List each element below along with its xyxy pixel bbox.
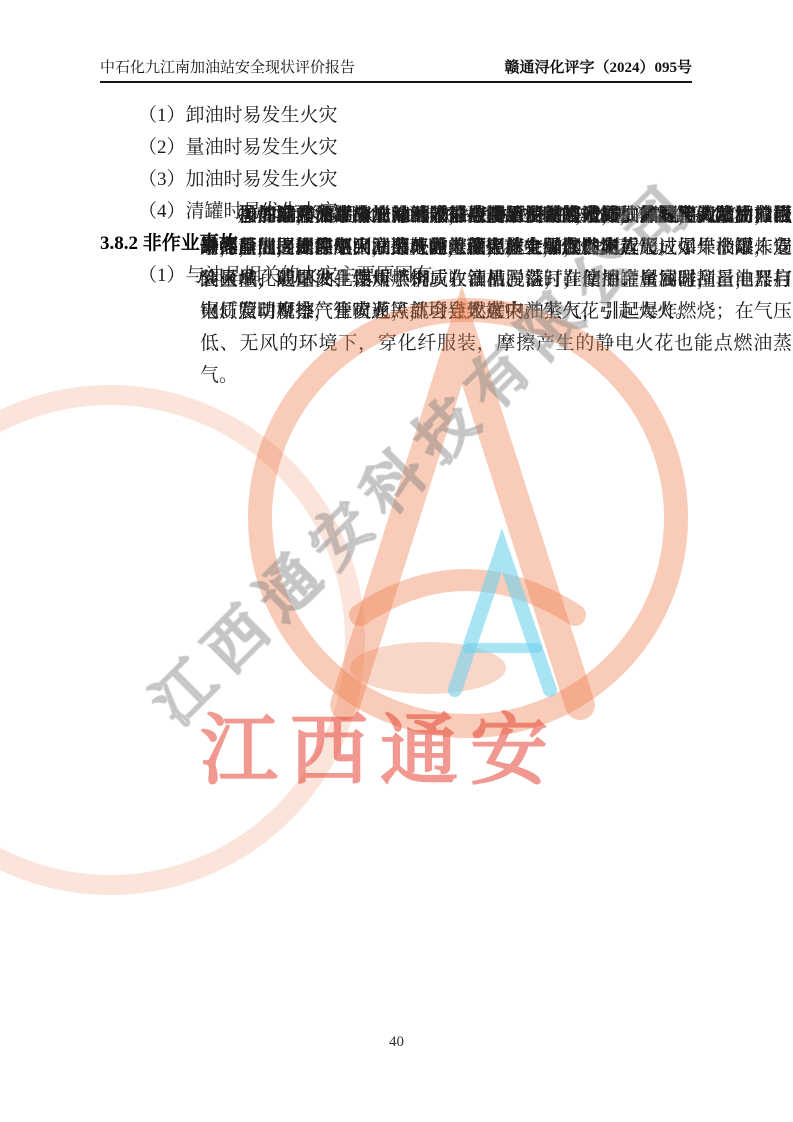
page-header: 中石化九江南加油站安全现状评价报告 赣通浔化评字（2024）095号 [100,58,692,83]
paragraph: （3）加油时易发生火灾 [100,164,692,196]
seal-ring-partial [0,395,355,885]
document-page: 中石化九江南加油站安全现状评价报告 赣通浔化评字（2024）095号 （1）卸油… [0,0,793,1122]
paragraph: （1）卸油时易发生火灾 [100,100,692,132]
paragraph: 加油站非作业事故又可分为与油品相关的火灾和非油品火灾。 [200,200,792,232]
header-report-title: 中石化九江南加油站安全现状评价报告 [100,58,355,78]
page-number: 40 [389,1034,404,1050]
document-body: （1）卸油时易发生火灾加油站火灾事故的 60%-70%发生在卸油作业中。常见事故… [100,100,692,291]
seal-cyan-a [455,550,550,690]
paragraph: （2）量油时易发生火灾 [100,132,692,164]
seal-blob [350,642,506,694]
seal-letter-a-bar [360,580,575,615]
page-footer: 40 [0,1034,793,1051]
header-doc-number: 赣通浔化评字（2024）095号 [504,58,692,78]
watermark-red-text: 江西通安 [200,688,560,800]
